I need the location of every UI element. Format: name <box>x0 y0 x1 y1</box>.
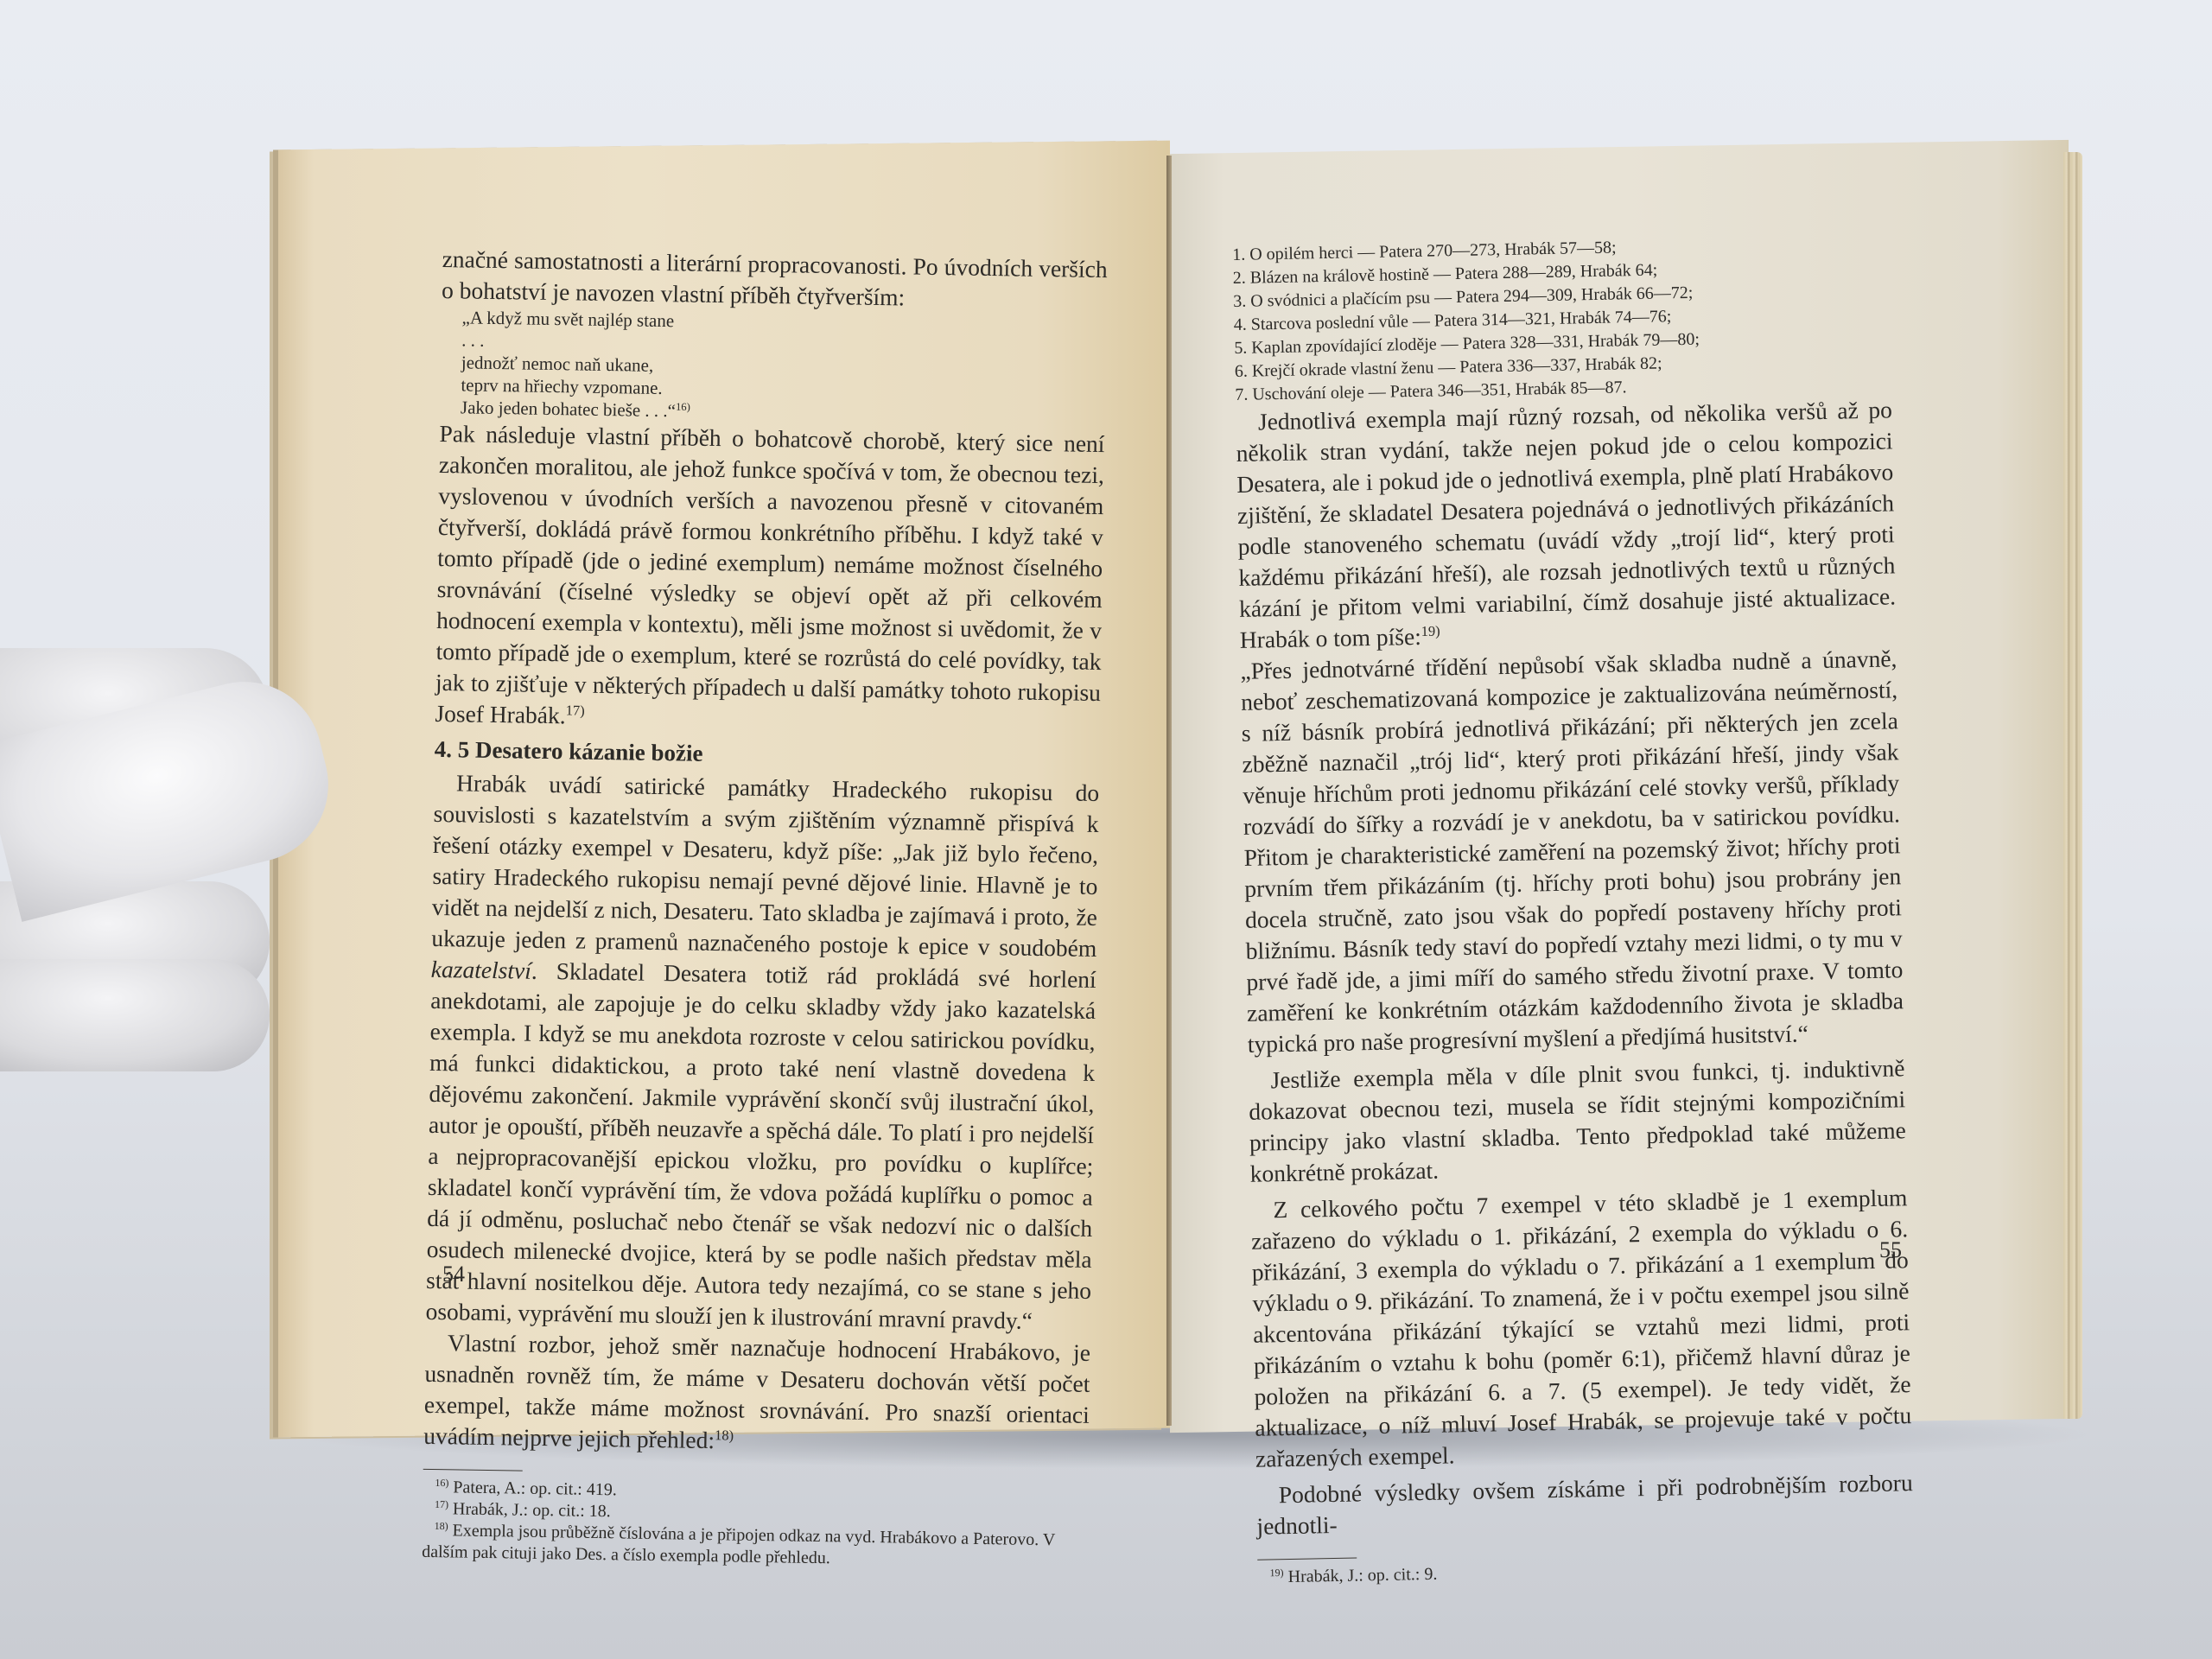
footnote-ref: 17) <box>566 702 585 718</box>
book-spine <box>1166 156 1172 1426</box>
body-paragraph: Hrabák uvádí satirické památky Hradeckéh… <box>425 767 1099 1338</box>
block-quote: „Přes jednotvárné třídění nepůsobí však … <box>1240 643 1904 1060</box>
footnote: 18) Exempla jsou průběžně číslována a je… <box>422 1520 1088 1573</box>
body-paragraph: Pak následuje vlastní příběh o bohatcově… <box>435 418 1105 740</box>
body-paragraph: Podobné výsledky ovšem získáme i při pod… <box>1255 1467 1913 1542</box>
right-page-text: 1. O opilém herci — Patera 270—273, Hrab… <box>1232 231 1915 1588</box>
page-number-right: 55 <box>1879 1237 1902 1263</box>
footnote-ref: 19) <box>1421 623 1440 639</box>
footnote-divider <box>1257 1558 1357 1560</box>
body-paragraph: Z celkového počtu 7 exempel v této sklad… <box>1250 1182 1912 1475</box>
body-paragraph: Jestliže exempla měla v díle plnit svou … <box>1248 1052 1907 1190</box>
gloved-hand <box>0 622 346 1106</box>
page-edges <box>2063 152 2082 1419</box>
body-paragraph: Vlastní rozbor, jehož směr naznačuje hod… <box>423 1327 1090 1462</box>
footnote-divider <box>423 1469 523 1471</box>
left-page-text: značné samostatnosti a literární proprac… <box>422 244 1108 1573</box>
page-number-left: 54 <box>442 1262 465 1287</box>
footnote-ref: 16) <box>676 401 690 413</box>
footnote-ref: 18) <box>715 1427 734 1443</box>
exempla-list: 1. O opilém herci — Patera 270—273, Hrab… <box>1232 231 1891 407</box>
footnote: 19) Hrabák, J.: op. cit.: 9. <box>1257 1554 1914 1589</box>
body-paragraph: Jednotlivá exempla mají různý rozsah, od… <box>1236 394 1897 656</box>
verse-quote: „A když mu svět najlép stane . . . jedno… <box>440 306 1107 429</box>
glove-finger <box>0 959 270 1071</box>
intro-paragraph: značné samostatnosti a literární proprac… <box>442 244 1108 316</box>
